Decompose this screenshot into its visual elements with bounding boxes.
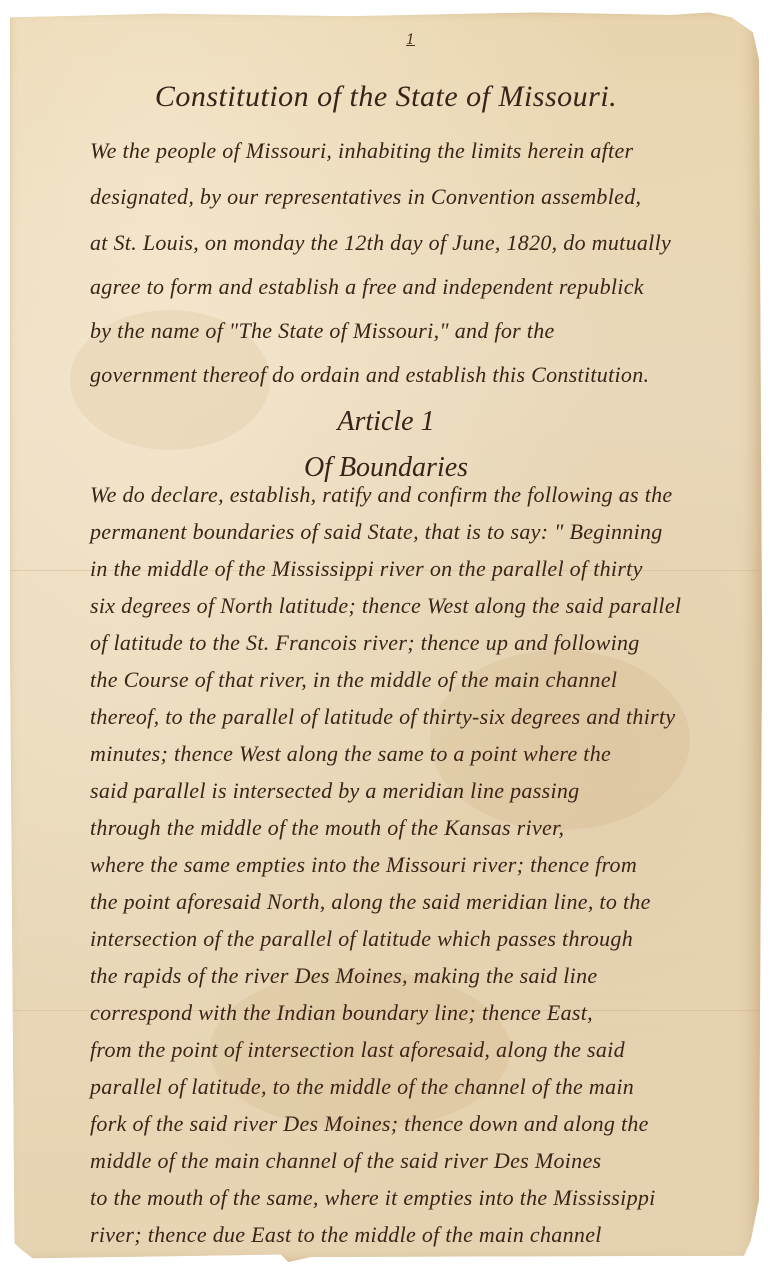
document-title: Constitution of the State of Missouri. (10, 80, 762, 114)
preamble-line: by the name of "The State of Missouri," … (90, 318, 555, 344)
article-line: river; thence due East to the middle of … (90, 1222, 602, 1248)
article-line: We do declare, establish, ratify and con… (90, 482, 673, 508)
article-line: the point aforesaid North, along the sai… (90, 889, 651, 915)
article-line: where the same empties into the Missouri… (90, 852, 637, 878)
article-line: correspond with the Indian boundary line… (90, 1000, 593, 1026)
article-heading: Article 1 (10, 406, 762, 438)
article-line: the Course of that river, in the middle … (90, 667, 617, 693)
article-line: minutes; thence West along the same to a… (90, 741, 611, 767)
article-line: thereof, to the parallel of latitude of … (90, 704, 675, 730)
article-line: in the middle of the Mississippi river o… (90, 556, 643, 582)
preamble-line: at St. Louis, on monday the 12th day of … (90, 230, 671, 256)
preamble-line: We the people of Missouri, inhabiting th… (90, 138, 633, 164)
article-line: fork of the said river Des Moines; thenc… (90, 1111, 649, 1137)
article-line: middle of the main channel of the said r… (90, 1148, 601, 1174)
article-line: intersection of the parallel of latitude… (90, 926, 633, 952)
page-number: 1 (406, 32, 415, 48)
article-line: parallel of latitude, to the middle of t… (90, 1074, 634, 1100)
article-line: six degrees of North latitude; thence We… (90, 593, 681, 619)
article-line: through the middle of the mouth of the K… (90, 815, 564, 841)
article-line: permanent boundaries of said State, that… (90, 519, 663, 545)
preamble-line: designated, by our representatives in Co… (90, 184, 641, 210)
article-line: said parallel is intersected by a meridi… (90, 778, 579, 804)
manuscript-page: 1 Constitution of the State of Missouri.… (10, 10, 762, 1262)
preamble-line: government thereof do ordain and establi… (90, 362, 649, 388)
preamble-line: agree to form and establish a free and i… (90, 274, 644, 300)
article-subheading: Of Boundaries (10, 452, 762, 484)
article-line: to the mouth of the same, where it empti… (90, 1185, 656, 1211)
article-line: from the point of intersection last afor… (90, 1037, 625, 1063)
article-line: the rapids of the river Des Moines, maki… (90, 963, 597, 989)
article-line: of latitude to the St. Francois river; t… (90, 630, 640, 656)
